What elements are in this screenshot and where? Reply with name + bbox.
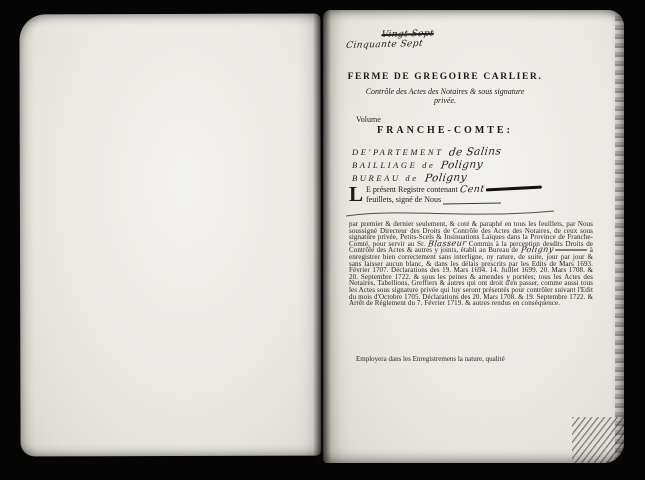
handwritten-folio-total: Cent	[459, 185, 485, 195]
ink-flourish	[343, 206, 558, 220]
book-gutter	[313, 8, 331, 466]
scanned-register-spread: Vingt Sept Cinquante Sept FERME DE GREGO…	[0, 0, 645, 480]
left-page-blank	[19, 14, 321, 457]
handwritten-number: Cinquante Sept	[345, 39, 423, 51]
handwritten-folio-count: Vingt Sept Cinquante Sept	[345, 27, 498, 51]
register-statement-line1: E présent Registre contenant	[366, 185, 460, 194]
closing-line: Employera dans les Enregistremens la nat…	[349, 356, 593, 363]
dropcap-letter: L	[349, 186, 363, 203]
bureau-handwritten-value: Poligny	[424, 171, 468, 184]
printed-instructions-paragraph: par premier & dernier seulement, & coté …	[349, 221, 593, 307]
register-statement-line2: feuillets, signé de Nous	[366, 195, 443, 204]
handwritten-struck-number: Vingt Sept	[381, 27, 499, 40]
deckle-edge	[615, 10, 624, 463]
document-subtitle: Contrôle des Actes des Notaires & sous s…	[355, 87, 535, 105]
bureau-line: BUREAU de Poligny	[352, 168, 467, 186]
commis-name-handwritten: Blasseur	[427, 240, 466, 247]
paragraph-part3: à enregistrer bien correctement sans int…	[349, 246, 593, 307]
province-heading: FRANCHE-COMTE:	[340, 125, 550, 136]
document-title: FERME DE GREGOIRE CARLIER.	[340, 72, 550, 82]
page-stack-texture	[572, 417, 624, 463]
ink-stroke	[486, 186, 542, 192]
ink-dash	[555, 249, 587, 251]
volume-label: Volume	[356, 115, 381, 124]
signature-blank-line	[443, 201, 501, 204]
title-page-content: Vingt Sept Cinquante Sept FERME DE GREGO…	[323, 10, 624, 463]
right-page: Vingt Sept Cinquante Sept FERME DE GREGO…	[323, 10, 624, 463]
register-statement: LE présent Registre contenant Cent feuil…	[349, 185, 581, 204]
bureau-name-handwritten: Poligny	[520, 247, 554, 254]
